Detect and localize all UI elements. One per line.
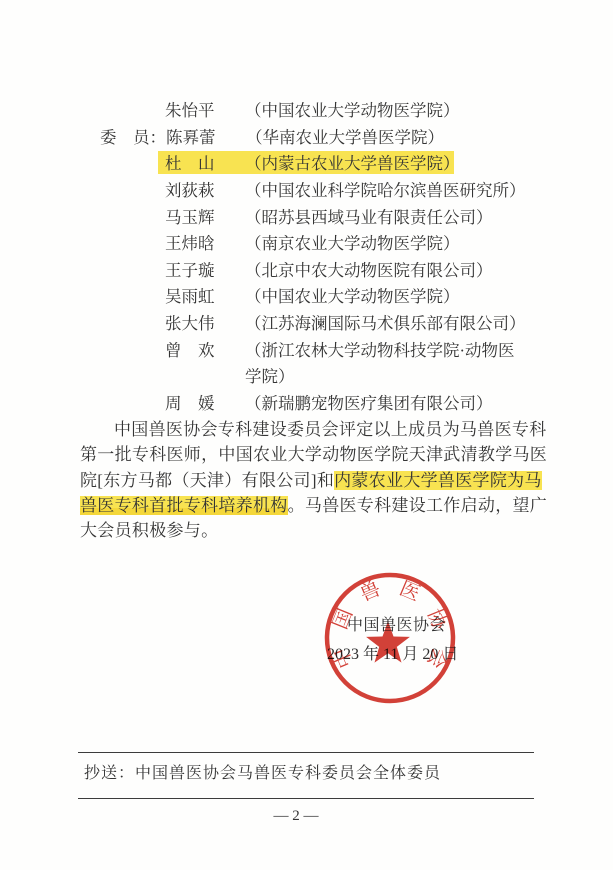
member-name: 刘荻萩: [165, 177, 245, 201]
member-affiliation: （华南农业大学兽医学院）: [246, 124, 444, 148]
paragraph-line: 兽医专科首批专科培养机构。马兽医专科建设工作启动，望广: [80, 493, 558, 518]
member-affiliation: （内蒙古农业大学兽医学院）: [245, 150, 460, 174]
cc-line: 抄送：中国兽医协会马兽医专科委员会全体委员: [84, 760, 441, 783]
member-row: 张大伟 （江苏海澜国际马术俱乐部有限公司）: [100, 309, 570, 336]
member-name: 马玉辉: [165, 204, 245, 228]
member-row: 委 员： 陈奡蕾 （华南农业大学兽医学院）: [100, 123, 570, 150]
member-affiliation: （浙江农林大学动物科技学院·动物医: [245, 337, 515, 361]
member-list: 朱怡平 （中国农业大学动物医学院） 委 员： 陈奡蕾 （华南农业大学兽医学院） …: [100, 96, 570, 415]
member-row: 吴雨虹 （中国农业大学动物医学院）: [100, 282, 570, 309]
member-name: 杜 山: [165, 150, 245, 174]
member-name: 王炜晗: [165, 230, 245, 254]
member-row-highlighted: 杜 山 （内蒙古农业大学兽医学院）: [100, 149, 570, 176]
paragraph-text: 第一批专科医师，中国农业大学动物医学院天津武清教学马医: [80, 445, 547, 464]
member-affiliation: （中国农业大学动物医学院）: [245, 97, 460, 121]
member-row: 刘荻萩 （中国农业科学院哈尔滨兽医研究所）: [100, 176, 570, 203]
footer-rule-top: [78, 752, 534, 753]
member-row: 曾 欢 （浙江农林大学动物科技学院·动物医: [100, 335, 570, 362]
member-affiliation: （昭苏县西域马业有限责任公司）: [245, 204, 493, 228]
committee-member-label: 委 员：: [100, 124, 166, 148]
paragraph-text: 院[东方马都（天津）有限公司]和: [80, 471, 334, 490]
member-affiliation: （中国农业科学院哈尔滨兽医研究所）: [245, 177, 526, 201]
highlighted-text: 内蒙农业大学兽医学院为马: [334, 471, 542, 490]
member-name: 王子璇: [165, 257, 245, 281]
member-name: 陈奡蕾: [166, 124, 246, 148]
paragraph-line: 院[东方马都（天津）有限公司]和内蒙农业大学兽医学院为马: [80, 468, 558, 493]
member-name: 朱怡平: [165, 97, 245, 121]
member-row: 王炜晗 （南京农业大学动物医学院）: [100, 229, 570, 256]
member-affiliation: （江苏海澜国际马术俱乐部有限公司）: [245, 310, 526, 334]
member-name: 周 媛: [165, 390, 245, 414]
paragraph-text: 。马兽医专科建设工作启动，望广: [288, 496, 548, 515]
member-row: 朱怡平 （中国农业大学动物医学院）: [100, 96, 570, 123]
member-name: 吴雨虹: [165, 283, 245, 307]
member-affiliation: （新瑞鹏宠物医疗集团有限公司）: [245, 390, 493, 414]
paragraph-text: 中国兽医协会专科建设委员会评定以上成员为马兽医专科: [114, 420, 547, 439]
member-affiliation: （南京农业大学动物医学院）: [245, 230, 460, 254]
member-row: 王子璇 （北京中农大动物医院有限公司）: [100, 256, 570, 283]
page-number: — 2 —: [0, 808, 592, 825]
member-affiliation-wrap: 学院）: [245, 363, 295, 387]
body-paragraph: 中国兽医协会专科建设委员会评定以上成员为马兽医专科 第一批专科医师，中国农业大学…: [80, 417, 558, 543]
member-affiliation: （中国农业大学动物医学院）: [245, 283, 460, 307]
paragraph-text: 大会员积极参与。: [80, 521, 218, 540]
paragraph-line: 中国兽医协会专科建设委员会评定以上成员为马兽医专科: [80, 417, 558, 442]
member-name: 曾 欢: [165, 337, 245, 361]
member-row-continuation: 学院）: [100, 362, 570, 389]
paragraph-line: 第一批专科医师，中国农业大学动物医学院天津武清教学马医: [80, 442, 558, 467]
highlighted-text: 兽医专科首批专科培养机构: [80, 496, 288, 515]
member-name: 张大伟: [165, 310, 245, 334]
official-seal: 中 国 兽 医 协 会: [318, 566, 463, 711]
document-page: 朱怡平 （中国农业大学动物医学院） 委 员： 陈奡蕾 （华南农业大学兽医学院） …: [0, 0, 613, 870]
seal-star-icon: [366, 621, 410, 663]
member-affiliation: （北京中农大动物医院有限公司）: [245, 257, 493, 281]
footer-rule-bottom: [78, 798, 534, 799]
member-row: 马玉辉 （昭苏县西域马业有限责任公司）: [100, 202, 570, 229]
paragraph-line: 大会员积极参与。: [80, 518, 558, 543]
member-row: 周 媛 （新瑞鹏宠物医疗集团有限公司）: [100, 389, 570, 416]
